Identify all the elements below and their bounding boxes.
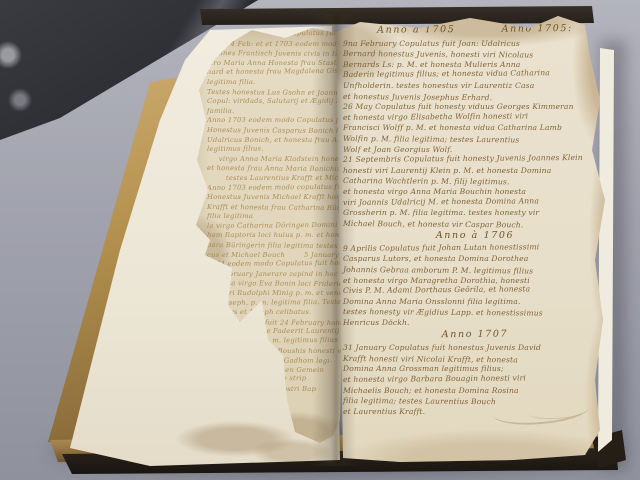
- right-page-handwriting: Anno à 1705 Anno 1705:9na February Copul…: [343, 24, 607, 417]
- right-page: Anno à 1705 Anno 1705:9na February Copul…: [333, 12, 615, 464]
- book-gutter-shadow: [312, 14, 356, 466]
- manuscript-photo: Copulatus fuit et 4 Feb: et et 1703 eode…: [0, 0, 640, 480]
